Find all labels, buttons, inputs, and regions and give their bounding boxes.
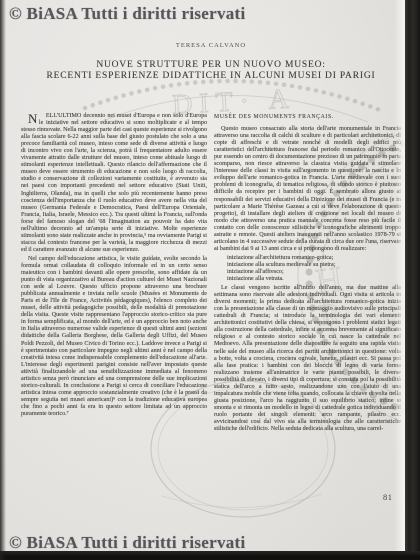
- scanned-page: DIT· A H R © BiASA Tutti i diritti riser…: [0, 0, 420, 560]
- body-paragraph: NELL'ULTIMO decennio nei musei d'Europa …: [21, 113, 207, 254]
- section-heading: MUSÉE DES MONUMENTS FRANÇAIS.: [214, 114, 401, 121]
- list-item: iniziazione all'affresco;: [227, 269, 401, 276]
- drop-cap: N: [21, 113, 39, 125]
- watermark-top: © BiASA Tutti i diritti riservati: [9, 4, 246, 24]
- list-item: iniziazione all'architettura romanico-go…: [227, 255, 401, 262]
- right-column: MUSÉE DES MONUMENTS FRANÇAIS. Questo mus…: [214, 113, 401, 435]
- stamp-bottom-hatch-line: [162, 494, 322, 508]
- paragraph-text: ELL'ULTIMO decennio nei musei d'Europa e…: [21, 113, 207, 253]
- page-edge-right: [405, 0, 420, 560]
- body-paragraph: Questo museo consacrato alla storia dell…: [214, 126, 401, 253]
- article-title: NUOVE STRUTTURE PER UN NUOVO MUSEO: RECE…: [6, 60, 416, 82]
- page-edge-left: [0, 0, 6, 560]
- page-curl-highlight: [394, 0, 405, 560]
- list-item: iniziazione alla vetrata.: [227, 276, 401, 283]
- title-line-2: RECENTI ESPERIENZE DIDATTICHE IN ALCUNI …: [6, 71, 416, 82]
- body-paragraph: Nel campo dell'educazione artistica, le …: [21, 256, 207, 418]
- left-column: NELL'ULTIMO decennio nei musei d'Europa …: [21, 113, 207, 420]
- watermark-bottom: © BiASA Tutti i diritti riservati: [9, 533, 246, 553]
- body-paragraph: Le classi vengono iscritte all'inizio de…: [214, 285, 401, 433]
- author-name: TERESA CALVANO: [21, 42, 401, 49]
- title-line-1: NUOVE STRUTTURE PER UN NUOVO MUSEO:: [6, 60, 416, 71]
- activity-list: iniziazione all'architettura romanico-go…: [227, 255, 401, 283]
- page-number: 81: [383, 492, 393, 502]
- list-item: iniziazione alla scultura medievale su p…: [227, 262, 401, 269]
